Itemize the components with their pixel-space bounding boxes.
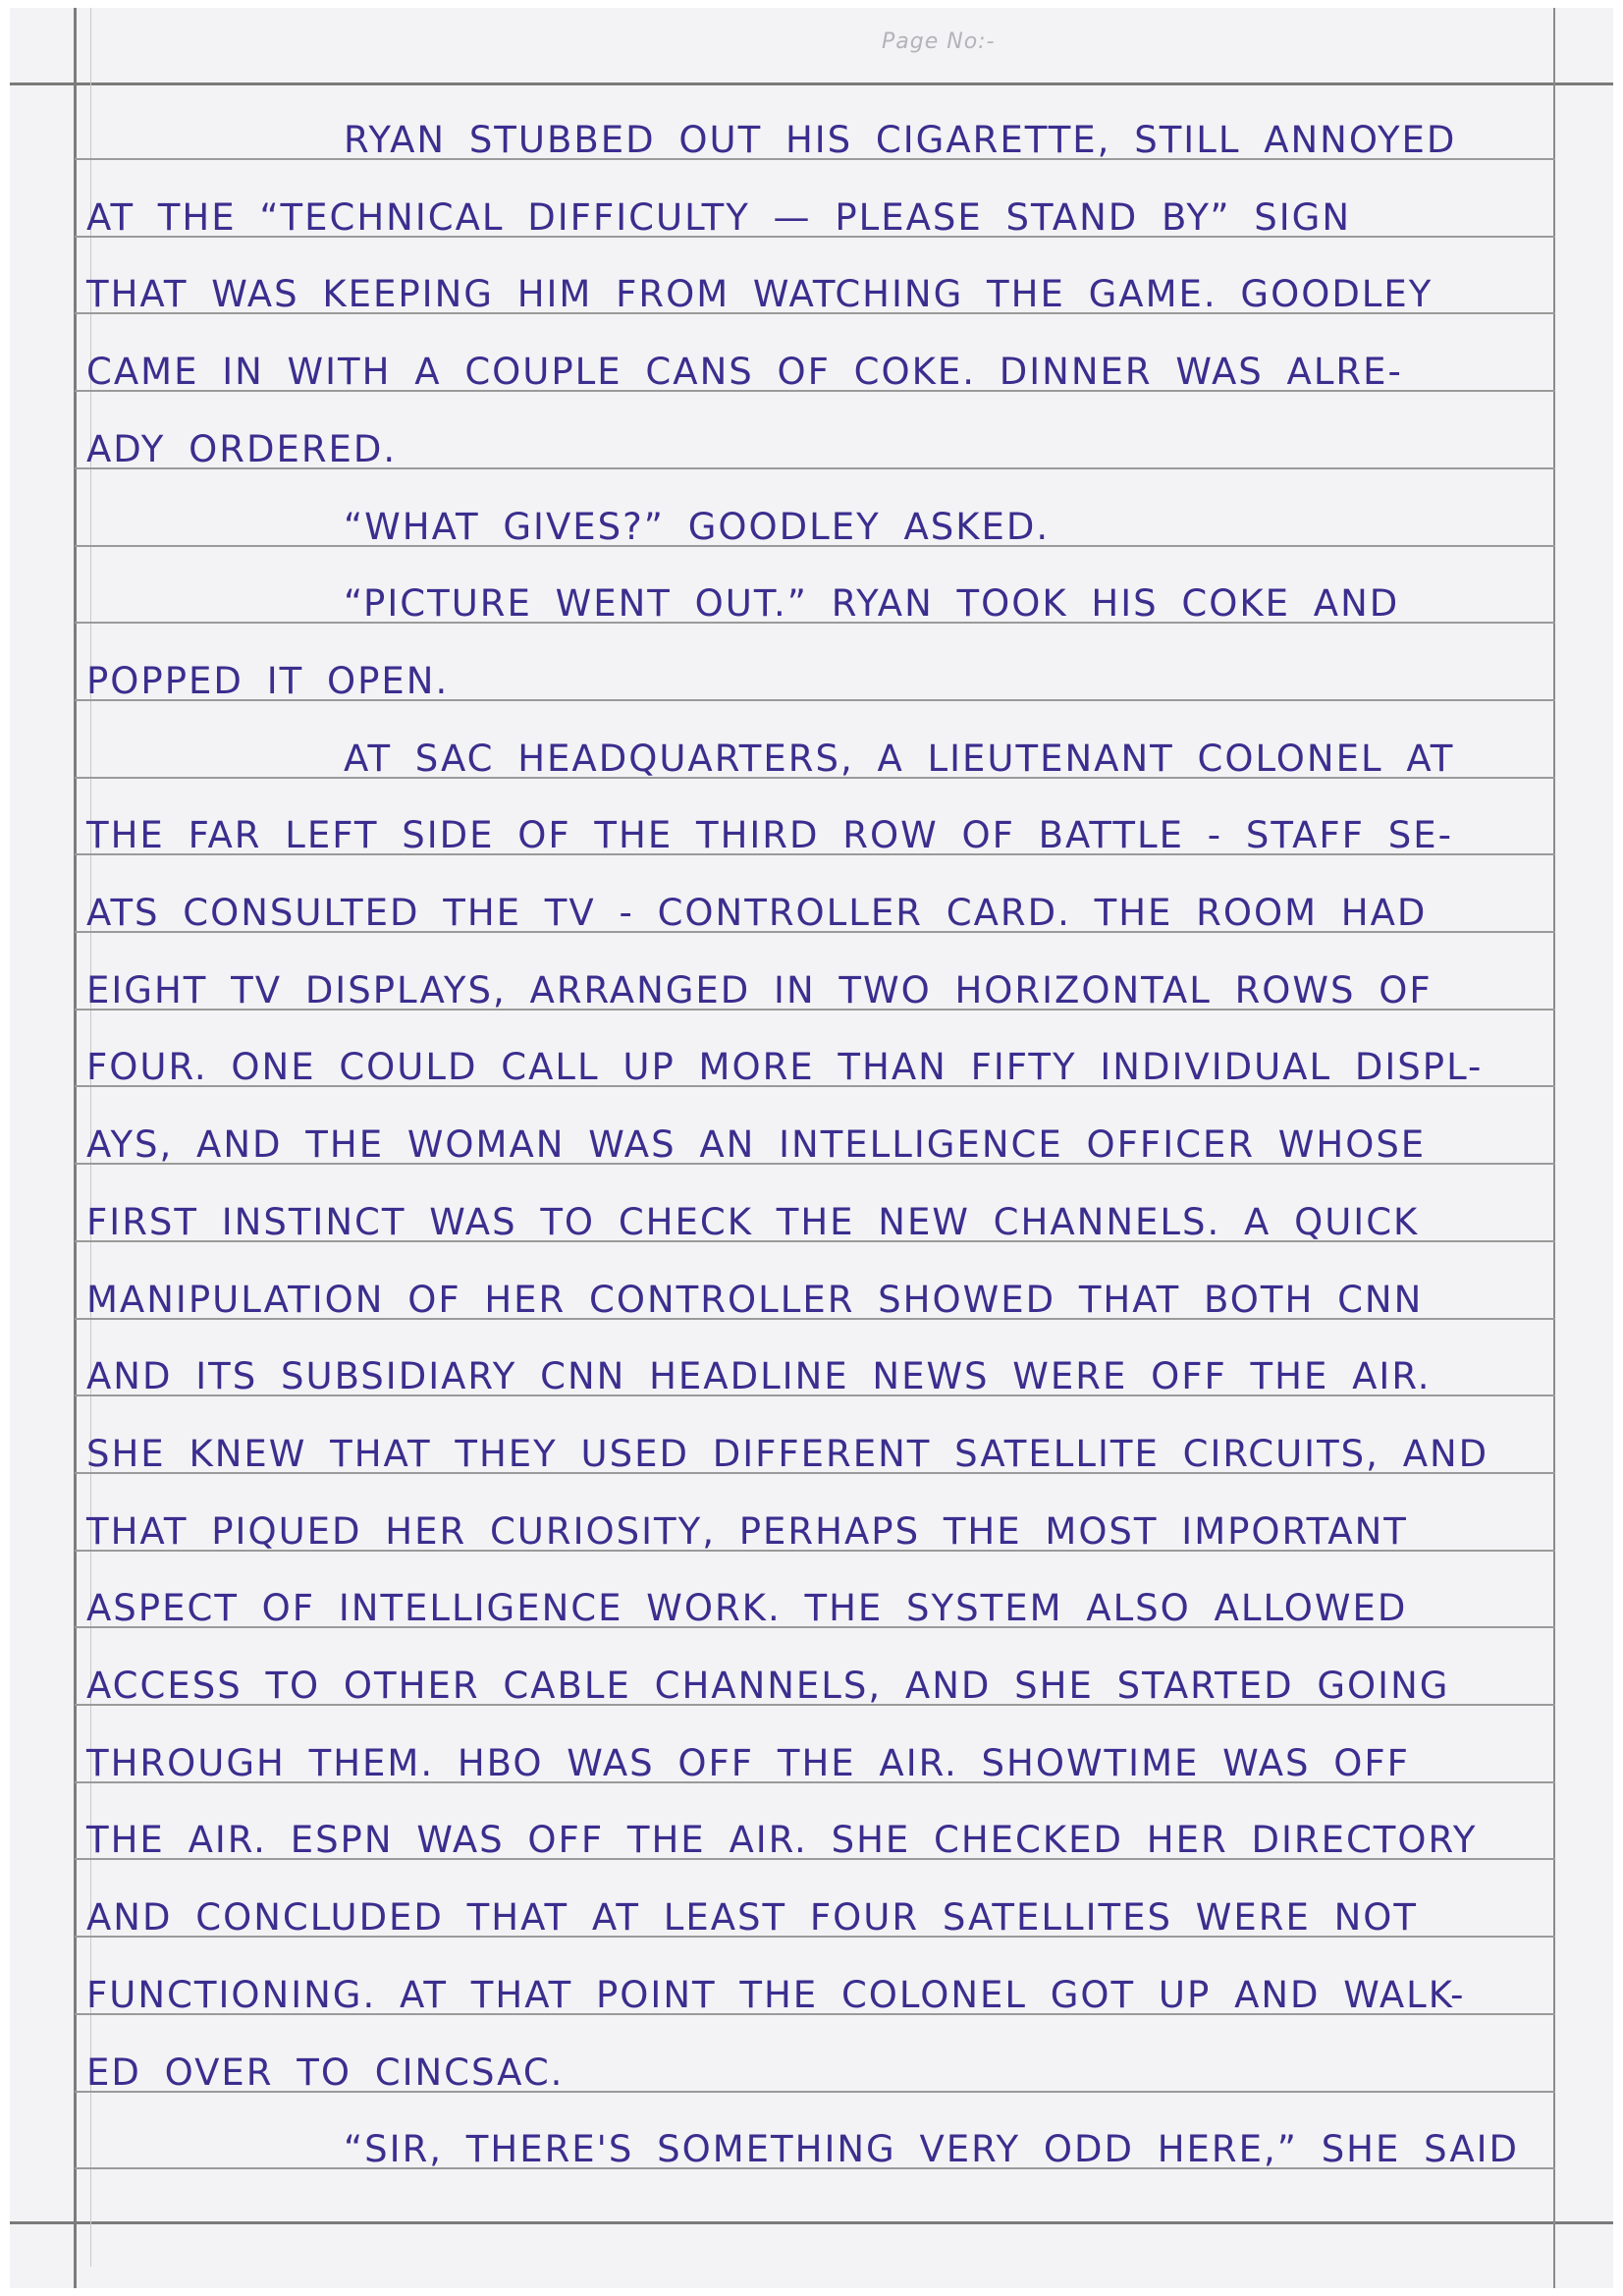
text-line: THROUGH THEM. HBO WAS OFF THE AIR. SHOWT… [86,1744,1410,1783]
text-line: THE AIR. ESPN WAS OFF THE AIR. SHE CHECK… [86,1821,1477,1860]
text-line: ATS CONSULTED THE TV - CONTROLLER CARD. … [86,894,1427,933]
text-line: AT THE “TECHNICAL DIFFICULTY — PLEASE ST… [86,198,1351,238]
text-line: CAME IN WITH A COUPLE CANS OF COKE. DINN… [86,353,1403,392]
top-border-rule [10,82,1613,85]
text-line: SHE KNEW THAT THEY USED DIFFERENT SATELL… [86,1435,1488,1474]
text-line: THAT PIQUED HER CURIOSITY, PERHAPS THE M… [86,1512,1408,1552]
text-line: RYAN STUBBED OUT HIS CIGARETTE, STILL AN… [344,121,1456,160]
text-line: THE FAR LEFT SIDE OF THE THIRD ROW OF BA… [86,816,1453,855]
text-line: EIGHT TV DISPLAYS, ARRANGED IN TWO HORIZ… [86,971,1433,1011]
text-line: “WHAT GIVES?” GOODLEY ASKED. [344,508,1050,547]
left-margin-line [74,8,77,2288]
right-margin-line [1553,8,1555,2288]
text-line: “PICTURE WENT OUT.” RYAN TOOK HIS COKE A… [344,584,1399,624]
text-line: AND ITS SUBSIDIARY CNN HEADLINE NEWS WER… [86,1357,1432,1396]
text-line: ACCESS TO OTHER CABLE CHANNELS, AND SHE … [86,1667,1449,1706]
bottom-border-rule [10,2221,1613,2224]
text-line: AT SAC HEADQUARTERS, A LIEUTENANT COLONE… [344,739,1454,779]
text-line: AND CONCLUDED THAT AT LEAST FOUR SATELLI… [86,1898,1418,1938]
text-line: ADY ORDERED. [86,430,397,469]
text-line: POPPED IT OPEN. [86,662,449,701]
text-line: ASPECT OF INTELLIGENCE WORK. THE SYSTEM … [86,1589,1407,1628]
page-number-label: Page No:- [882,29,996,54]
text-line: AYS, AND THE WOMAN WAS AN INTELLIGENCE O… [86,1125,1426,1165]
text-line: FOUR. ONE COULD CALL UP MORE THAN FIFTY … [86,1048,1483,1087]
text-line: FIRST INSTINCT WAS TO CHECK THE NEW CHAN… [86,1203,1419,1242]
text-line: THAT WAS KEEPING HIM FROM WATCHING THE G… [86,275,1433,314]
text-line: ED OVER TO CINCSAC. [86,2053,564,2093]
text-line: MANIPULATION OF HER CONTROLLER SHOWED TH… [86,1281,1423,1320]
text-line: “SIR, THERE'S SOMETHING VERY ODD HERE,” … [344,2130,1519,2169]
text-line: FUNCTIONING. AT THAT POINT THE COLONEL G… [86,1976,1466,2015]
